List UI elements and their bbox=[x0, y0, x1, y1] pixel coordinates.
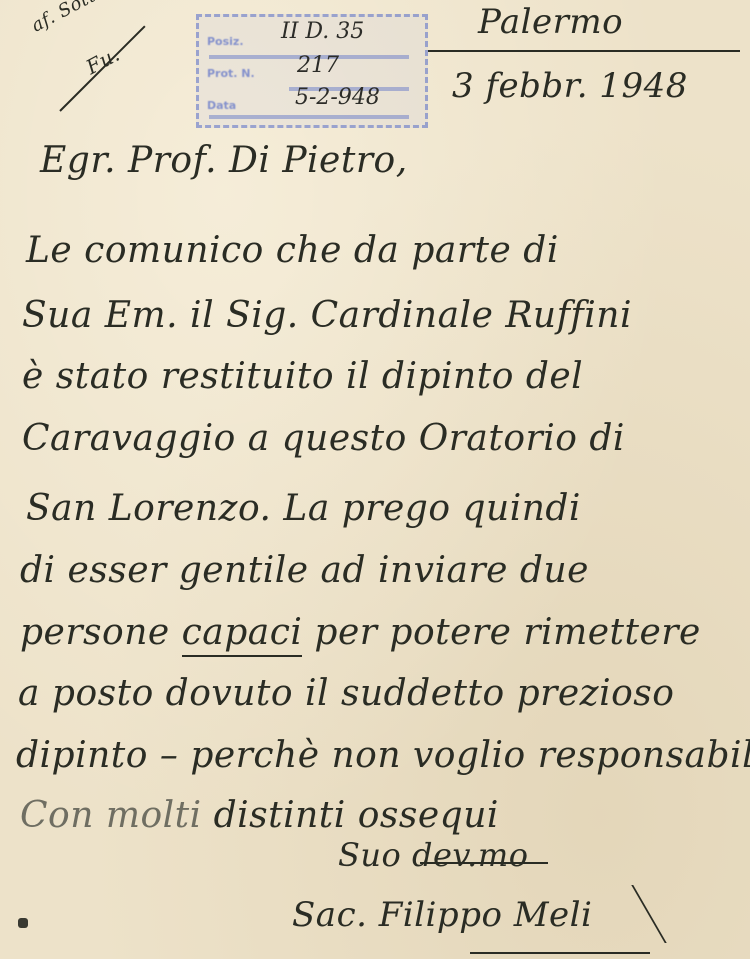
signature-flourish-base bbox=[470, 952, 650, 954]
salutation: Egr. Prof. Di Pietro, bbox=[40, 140, 408, 181]
signature-name: Sac. Filippo Meli bbox=[292, 895, 592, 935]
stamp-value-position: II D. 35 bbox=[281, 19, 364, 44]
stamp-value-date: 5-2-948 bbox=[295, 85, 380, 110]
body-line-7-end: per potere rimettere bbox=[302, 612, 700, 653]
closing-faded: Con molti bbox=[20, 795, 202, 836]
body-line-1: Le comunico che da parte di bbox=[26, 230, 559, 271]
stamp-label-protocol: Prot. N. bbox=[207, 67, 255, 80]
valediction-underline bbox=[420, 862, 548, 864]
stamp-rule bbox=[209, 115, 409, 119]
body-line-2: Sua Em. il Sig. Cardinale Ruffini bbox=[22, 295, 632, 336]
closing-dark: distinti ossequi bbox=[214, 795, 499, 836]
body-line-5: San Lorenzo. La prego quindi bbox=[26, 488, 581, 529]
body-line-9: dipinto – perchè non voglio responsabili… bbox=[16, 735, 750, 776]
body-line-7-start: persone bbox=[20, 612, 182, 653]
letter-date: 3 febbr. 1948 bbox=[452, 66, 688, 106]
closing-line: Con molti distinti ossequi bbox=[20, 795, 499, 836]
stamp-value-protocol: 217 bbox=[297, 53, 339, 78]
letter-place: Palermo bbox=[478, 2, 623, 42]
body-line-6: di esser gentile ad inviare due bbox=[20, 550, 589, 591]
stamp-label-date: Data bbox=[207, 99, 236, 112]
ink-smudge bbox=[18, 918, 28, 928]
body-line-4: Caravaggio a questo Oratorio di bbox=[22, 418, 625, 459]
valediction: Suo dev.mo bbox=[338, 836, 528, 874]
body-line-7: persone capaci per potere rimettere bbox=[20, 612, 701, 653]
body-line-8: a posto dovuto il suddetto prezioso bbox=[18, 673, 674, 714]
protocol-stamp: Posiz. II D. 35 Prot. N. 217 Data 5-2-94… bbox=[196, 14, 428, 128]
underlined-word-capaci: capaci bbox=[182, 612, 303, 657]
body-line-3: è stato restituito il dipinto del bbox=[22, 356, 583, 397]
date-rule bbox=[428, 50, 740, 52]
stamp-label-position: Posiz. bbox=[207, 35, 244, 48]
